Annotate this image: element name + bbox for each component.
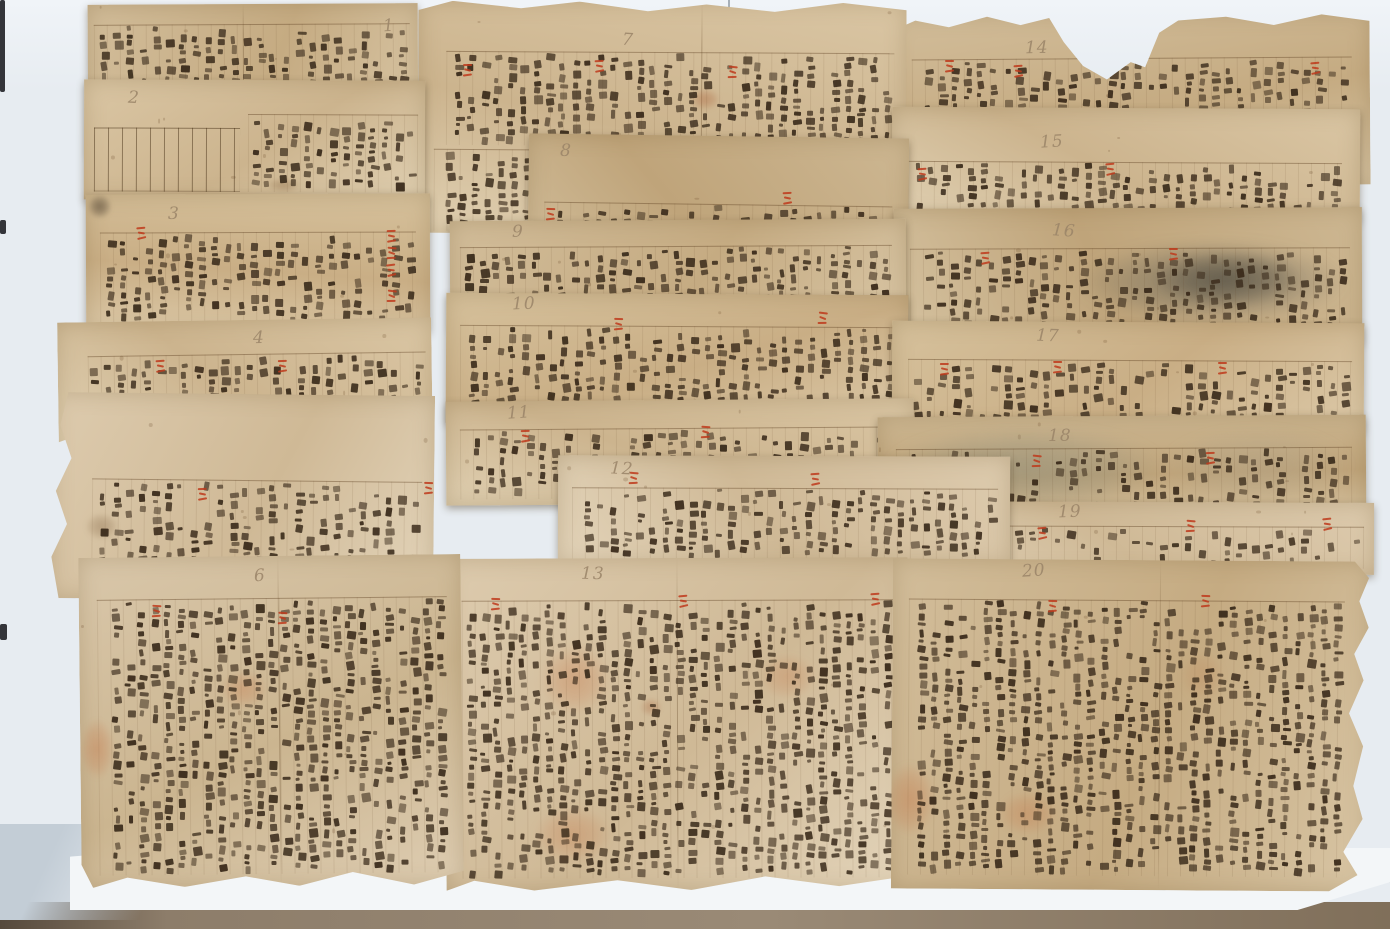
handwriting-stroke [766,282,774,291]
handwriting-stroke [483,790,491,794]
handwriting-stroke [1183,253,1188,257]
text-column [327,233,336,324]
text-column [779,601,789,878]
handwriting-stroke [1228,164,1234,173]
handwriting-stroke [767,765,775,772]
handwriting-stroke [1200,473,1206,482]
handwriting-stroke [1134,60,1141,69]
handwriting-stroke [295,718,303,723]
handwriting-stroke [179,841,185,848]
handwriting-stroke [805,641,813,645]
handwriting-stroke [859,686,864,691]
handwriting-stroke [1255,721,1259,726]
handwriting-stroke [1318,87,1327,92]
handwriting-stroke [767,799,774,808]
handwriting-stroke [1335,754,1342,760]
handwriting-stroke [1200,78,1206,86]
handwriting-stroke [522,366,530,375]
handwriting-stroke [1109,451,1118,458]
handwriting-stroke [294,644,300,648]
red-stroke [945,69,954,73]
handwriting-stroke [584,653,591,660]
text-column [319,598,331,873]
handwriting-stroke [426,740,434,747]
handwriting-stroke [457,101,462,108]
handwriting-stroke [167,868,175,874]
vermilion-tally-mark [277,360,288,376]
handwriting-stroke [937,285,945,289]
handwriting-stroke [532,272,541,277]
handwriting-stroke [944,701,949,705]
handwriting-stroke [1114,801,1122,809]
handwriting-stroke [411,616,420,623]
text-column [688,601,698,878]
handwriting-stroke [755,659,764,668]
handwriting-stroke [833,636,841,643]
handwriting-stroke [842,264,850,269]
handwriting-stroke [977,63,986,69]
handwriting-stroke [1076,641,1083,645]
handwriting-stroke [942,183,950,187]
handwriting-stroke [1106,269,1113,275]
handwriting-stroke [1322,716,1328,720]
handwriting-stroke [560,359,565,367]
handwriting-stroke [795,340,801,345]
handwriting-stroke [1003,277,1011,282]
handwriting-stroke [654,348,662,353]
vermilion-tally-mark [1168,248,1179,264]
handwriting-stroke [251,281,260,286]
red-stroke [1207,456,1214,460]
handwriting-stroke [992,202,997,208]
handwriting-stroke [307,653,315,660]
handwriting-stroke [1140,702,1148,706]
handwriting-stroke [572,277,580,283]
handwriting-stroke [400,680,407,687]
handwriting-stroke [497,348,504,356]
handwriting-stroke [230,35,235,43]
text-column [987,490,996,561]
handwriting-stroke [718,350,727,357]
handwriting-stroke [1109,368,1114,373]
handwriting-stroke [1238,104,1245,108]
handwriting-stroke [301,314,308,320]
handwriting-stroke [884,526,893,536]
handwriting-stroke [1023,693,1032,702]
manuscript-sheet-6 [78,554,463,888]
handwriting-stroke [139,699,149,709]
handwriting-stroke [572,833,579,841]
handwriting-stroke [545,620,554,625]
handwriting-stroke [290,174,295,178]
handwriting-stroke [997,694,1006,700]
text-column [353,233,362,324]
handwriting-stroke [1112,687,1118,694]
handwriting-stroke [296,492,305,496]
handwriting-stroke [990,69,996,74]
handwriting-stroke [320,635,329,642]
handwriting-stroke [781,862,787,870]
handwriting-stroke [334,776,339,780]
handwriting-stroke [858,212,864,217]
handwriting-stroke [1002,256,1011,264]
handwriting-stroke [1190,726,1195,731]
handwriting-stroke [664,624,674,633]
handwriting-stroke [764,268,769,271]
handwriting-columns [248,114,418,193]
handwriting-stroke [574,843,582,848]
handwriting-stroke [917,791,923,800]
handwriting-stroke [570,252,575,260]
handwriting-stroke [244,735,252,740]
handwriting-stroke [199,274,208,279]
handwriting-stroke [508,83,513,88]
handwriting-stroke [1023,634,1027,638]
handwriting-stroke [972,694,977,699]
handwriting-stroke [838,445,844,453]
handwriting-stroke [360,773,367,779]
handwriting-stroke [1281,787,1288,792]
handwriting-stroke [965,367,972,371]
handwriting-stroke [269,53,274,62]
handwriting-stroke [742,69,749,74]
handwriting-stroke [407,131,413,137]
handwriting-stroke [467,705,474,708]
handwriting-stroke [831,771,837,776]
handwriting-stroke [1211,409,1215,413]
handwriting-stroke [985,624,993,633]
handwriting-stroke [1086,742,1094,746]
handwriting-stroke [857,118,863,127]
handwriting-stroke [833,527,838,534]
handwriting-stroke [1334,829,1341,833]
handwriting-stroke [256,755,262,764]
handwriting-stroke [412,725,417,731]
handwriting-stroke [1010,782,1015,787]
text-column [974,490,983,561]
red-stroke [386,264,395,267]
handwriting-stroke [859,835,868,840]
handwriting-stroke [612,765,620,772]
handwriting-stroke [600,541,609,548]
handwriting-stroke [100,493,105,501]
handwriting-stroke [1251,467,1257,471]
handwriting-stroke [1251,93,1255,102]
handwriting-stroke [1333,814,1339,819]
handwriting-stroke [819,548,824,552]
handwriting-stroke [996,849,1001,857]
handwriting-stroke [360,783,365,791]
handwriting-stroke [519,768,527,774]
handwriting-stroke [472,201,478,206]
handwriting-stroke [472,209,480,214]
handwriting-stroke [309,828,319,837]
text-column [870,54,879,147]
handwriting-stroke [1023,650,1029,657]
handwriting-stroke [1121,385,1127,394]
handwriting-stroke [1054,267,1059,271]
handwriting-stroke [366,248,372,254]
handwriting-stroke [385,695,390,704]
handwriting-stroke [347,845,354,852]
handwriting-stroke [714,791,719,799]
handwriting-stroke [1238,97,1243,101]
handwriting-stroke [883,258,889,264]
text-column [909,489,918,560]
handwriting-stroke [558,643,566,648]
handwriting-stroke [649,527,656,535]
handwriting-stroke [806,808,810,811]
handwriting-stroke [1295,733,1305,743]
handwriting-stroke [498,181,506,190]
handwriting-stroke [831,520,836,525]
handwriting-stroke [256,768,262,777]
handwriting-stroke [320,518,327,527]
text-column [844,489,853,560]
handwriting-stroke [1024,660,1030,669]
handwriting-stroke [1165,727,1172,733]
red-stroke [388,234,395,238]
handwriting-stroke [368,180,374,187]
handwriting-stroke [961,532,970,540]
text-column [545,601,555,878]
handwriting-stroke [165,493,172,499]
handwriting-stroke [546,769,553,773]
handwriting-stroke [344,153,350,160]
handwriting-stroke [499,193,506,198]
handwriting-stroke [343,146,349,150]
handwriting-stroke [389,385,397,393]
handwriting-stroke [501,431,507,436]
handwriting-stroke [833,339,841,347]
handwriting-stroke [941,164,949,171]
handwriting-stroke [820,781,825,787]
handwriting-stroke [741,846,747,853]
handwriting-stroke [926,388,934,396]
text-column [955,600,966,875]
text-column [942,600,953,875]
red-stroke [729,66,738,69]
handwriting-stroke [256,674,262,679]
handwriting-stroke [755,869,763,874]
handwriting-stroke [179,849,187,855]
red-stroke [425,486,432,490]
handwriting-stroke [831,106,840,113]
handwriting-stroke [268,519,277,524]
handwriting-stroke [1152,727,1160,734]
handwriting-stroke [1231,613,1237,618]
handwriting-stroke [676,261,683,266]
handwriting-stroke [793,808,803,817]
handwriting-stroke [295,823,300,831]
handwriting-stroke [495,695,503,700]
handwriting-stroke [871,667,880,674]
handwriting-stroke [1080,544,1085,550]
handwriting-stroke [792,516,797,522]
handwriting-stroke [1321,173,1330,182]
handwriting-stroke [1224,302,1233,309]
handwriting-stroke [558,211,563,218]
handwriting-stroke [677,735,685,743]
handwriting-stroke [1113,837,1122,847]
handwriting-stroke [675,268,683,276]
handwriting-stroke [586,853,593,857]
handwriting-stroke [361,677,366,685]
handwriting-stroke [178,757,185,762]
handwriting-stroke [1268,675,1276,683]
handwriting-stroke [139,649,145,657]
handwriting-stroke [943,829,949,833]
handwriting-stroke [198,292,206,297]
handwriting-stroke [807,612,813,619]
handwriting-stroke [742,103,749,109]
handwriting-stroke [382,151,387,160]
handwriting-stroke [231,721,237,729]
handwriting-stroke [347,678,354,686]
handwriting-stroke [383,163,391,171]
text-column [928,162,937,213]
handwriting-stroke [1010,640,1018,645]
handwriting-stroke [871,77,878,82]
handwriting-stroke [728,779,735,787]
handwriting-stroke [465,273,472,281]
handwriting-stroke [467,123,475,131]
handwriting-stroke [468,711,476,719]
handwriting-stroke [269,64,276,72]
handwriting-stroke [1230,729,1238,736]
handwriting-stroke [689,613,698,619]
handwriting-stroke [754,511,763,516]
handwriting-stroke [164,619,168,626]
handwriting-stroke [650,658,655,663]
handwriting-stroke [870,502,877,506]
handwriting-stroke [1236,279,1244,287]
text-column [977,360,986,423]
handwriting-stroke [764,275,770,279]
handwriting-stroke [522,800,527,809]
handwriting-stroke [821,728,826,732]
handwriting-stroke [1314,268,1320,271]
handwriting-stroke [754,82,759,87]
vermilion-tally-mark [462,64,473,80]
handwriting-stroke [636,533,645,541]
handwriting-stroke [1141,714,1148,721]
handwriting-stroke [1063,606,1070,610]
handwriting-stroke [1159,73,1167,80]
handwriting-stroke [1138,786,1143,791]
handwriting-stroke [140,752,148,761]
handwriting-stroke [1213,470,1219,473]
handwriting-stroke [714,205,723,211]
handwriting-stroke [1061,710,1067,716]
handwriting-stroke [230,765,236,774]
handwriting-stroke [849,339,853,345]
handwriting-stroke [755,608,761,613]
handwriting-stroke [1192,677,1199,682]
handwriting-stroke [1276,283,1282,291]
handwriting-stroke [233,813,239,820]
handwriting-stroke [1263,551,1270,560]
handwriting-stroke [920,680,928,689]
handwriting-stroke [204,721,209,729]
handwriting-stroke [751,259,756,264]
handwriting-stroke [1278,403,1286,410]
handwriting-stroke [256,780,265,788]
foxing-speck [163,118,166,120]
handwriting-stroke [198,241,204,246]
handwriting-stroke [312,365,317,374]
handwriting-stroke [229,686,237,691]
handwriting-stroke [1203,790,1210,798]
handwriting-stroke [1096,100,1101,107]
handwriting-stroke [119,242,124,246]
handwriting-stroke [664,64,672,68]
text-column [571,601,581,878]
handwriting-stroke [716,378,720,387]
handwriting-stroke [309,61,316,69]
handwriting-stroke [1316,371,1321,375]
text-column [394,115,403,192]
handwriting-stroke [1047,722,1053,731]
handwriting-stroke [382,142,386,148]
handwriting-stroke [739,247,744,253]
handwriting-stroke [482,667,489,673]
handwriting-stroke [424,732,430,737]
handwriting-stroke [191,540,198,544]
handwriting-stroke [165,722,170,731]
handwriting-stroke [808,353,816,361]
handwriting-stroke [842,252,849,256]
handwriting-stroke [1300,281,1308,289]
handwriting-stroke [1341,79,1349,85]
handwriting-stroke [304,295,313,304]
text-column [1085,601,1096,876]
handwriting-stroke [625,866,631,870]
handwriting-stroke [833,735,840,740]
handwriting-stroke [676,766,685,772]
handwriting-stroke [284,57,289,64]
text-column [1254,602,1265,877]
handwriting-stroke [650,538,658,545]
handwriting-stroke [755,769,763,775]
handwriting-stroke [206,830,213,835]
handwriting-stroke [111,669,120,675]
handwriting-stroke [1158,279,1167,286]
handwriting-stroke [609,259,617,268]
handwriting-stroke [586,88,591,94]
handwriting-stroke [445,199,451,207]
handwriting-stroke [610,278,615,282]
handwriting-stroke [1079,251,1087,257]
handwriting-stroke [701,790,707,796]
handwriting-stroke [456,117,465,121]
handwriting-stroke [519,126,527,134]
handwriting-stroke [475,489,480,493]
handwriting-stroke [1239,455,1248,463]
handwriting-stroke [482,836,492,844]
handwriting-stroke [1174,87,1179,95]
handwriting-stroke [373,696,380,699]
handwriting-stroke [1160,544,1168,549]
handwriting-stroke [1255,780,1261,787]
handwriting-stroke [1243,748,1252,757]
handwriting-stroke [820,541,829,546]
handwriting-stroke [982,791,991,797]
handwriting-stroke [584,534,594,542]
handwriting-stroke [1074,784,1083,793]
handwriting-stroke [560,700,569,706]
handwriting-stroke [128,791,134,796]
